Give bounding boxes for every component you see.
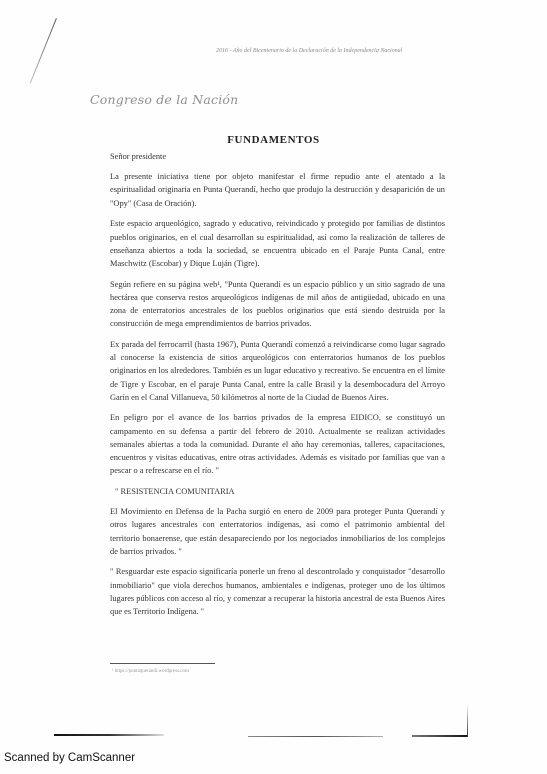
scan-edge-line (54, 734, 164, 736)
header-motto: 2016 - Año del Bicentenario de la Declar… (216, 48, 516, 54)
paragraph: Según refiere en su página web¹, "Punta … (110, 278, 445, 331)
scan-edge-corner (467, 706, 468, 737)
scanner-watermark: Scanned by CamScanner (4, 752, 135, 764)
paragraph: Este espacio arqueológico, sagrado y edu… (110, 217, 445, 270)
paragraph: Ex parada del ferrocarril (hasta 1967), … (110, 338, 445, 404)
footnote: ¹ https://puntaquerandi.wordpress.com (112, 669, 189, 674)
salutation: Señor presidente (110, 150, 445, 163)
section-heading: " RESISTENCIA COMUNITARIA (110, 485, 445, 498)
institution-letterhead: Congreso de la Nación (90, 92, 238, 107)
paragraph: El Movimiento en Defensa de la Pacha sur… (110, 505, 445, 558)
pen-mark (30, 18, 57, 83)
footnote-divider (110, 663, 215, 664)
paragraph: La presente iniciativa tiene por objeto … (110, 170, 445, 210)
paragraph: En peligro por el avance de los barrios … (110, 411, 445, 477)
document-title: FUNDAMENTOS (0, 134, 547, 146)
paragraph: " Resguardar este espacio significaría p… (110, 565, 445, 618)
scan-edge-line (248, 736, 383, 737)
scanned-page: 2016 - Año del Bicentenario de la Declar… (0, 0, 547, 774)
document-body: Señor presidente La presente iniciativa … (110, 150, 445, 626)
scan-edge-line (412, 735, 468, 737)
